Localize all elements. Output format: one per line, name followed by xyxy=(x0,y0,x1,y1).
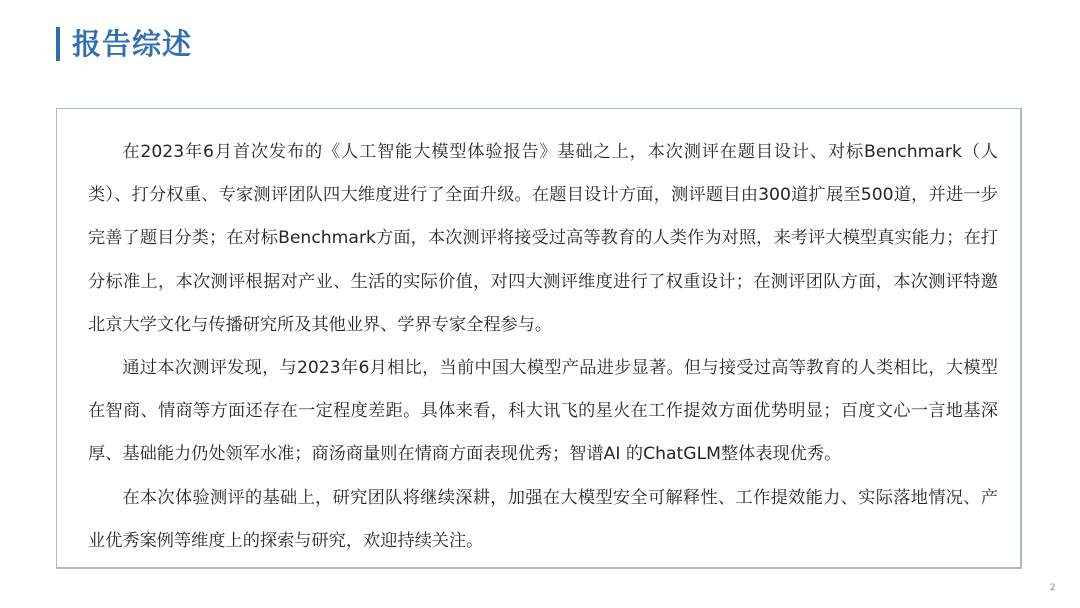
page-title: 报告综述 xyxy=(72,22,192,66)
summary-paragraph-2: 通过本次测评发现，与2023年6月相比，当前中国大模型产品进步显著。但与接受过高… xyxy=(88,347,998,477)
summary-paragraph-3: 在本次体验测评的基础上，研究团队将继续深耕，加强在大模型安全可解释性、工作提效能… xyxy=(88,477,998,563)
page-number: 2 xyxy=(1050,583,1056,593)
summary-paragraph-1: 在2023年6月首次发布的《人工智能大模型体验报告》基础之上，本次测评在题目设计… xyxy=(88,131,998,347)
summary-text: 在2023年6月首次发布的《人工智能大模型体验报告》基础之上，本次测评在题目设计… xyxy=(88,131,998,563)
title-accent-bar xyxy=(56,27,60,61)
